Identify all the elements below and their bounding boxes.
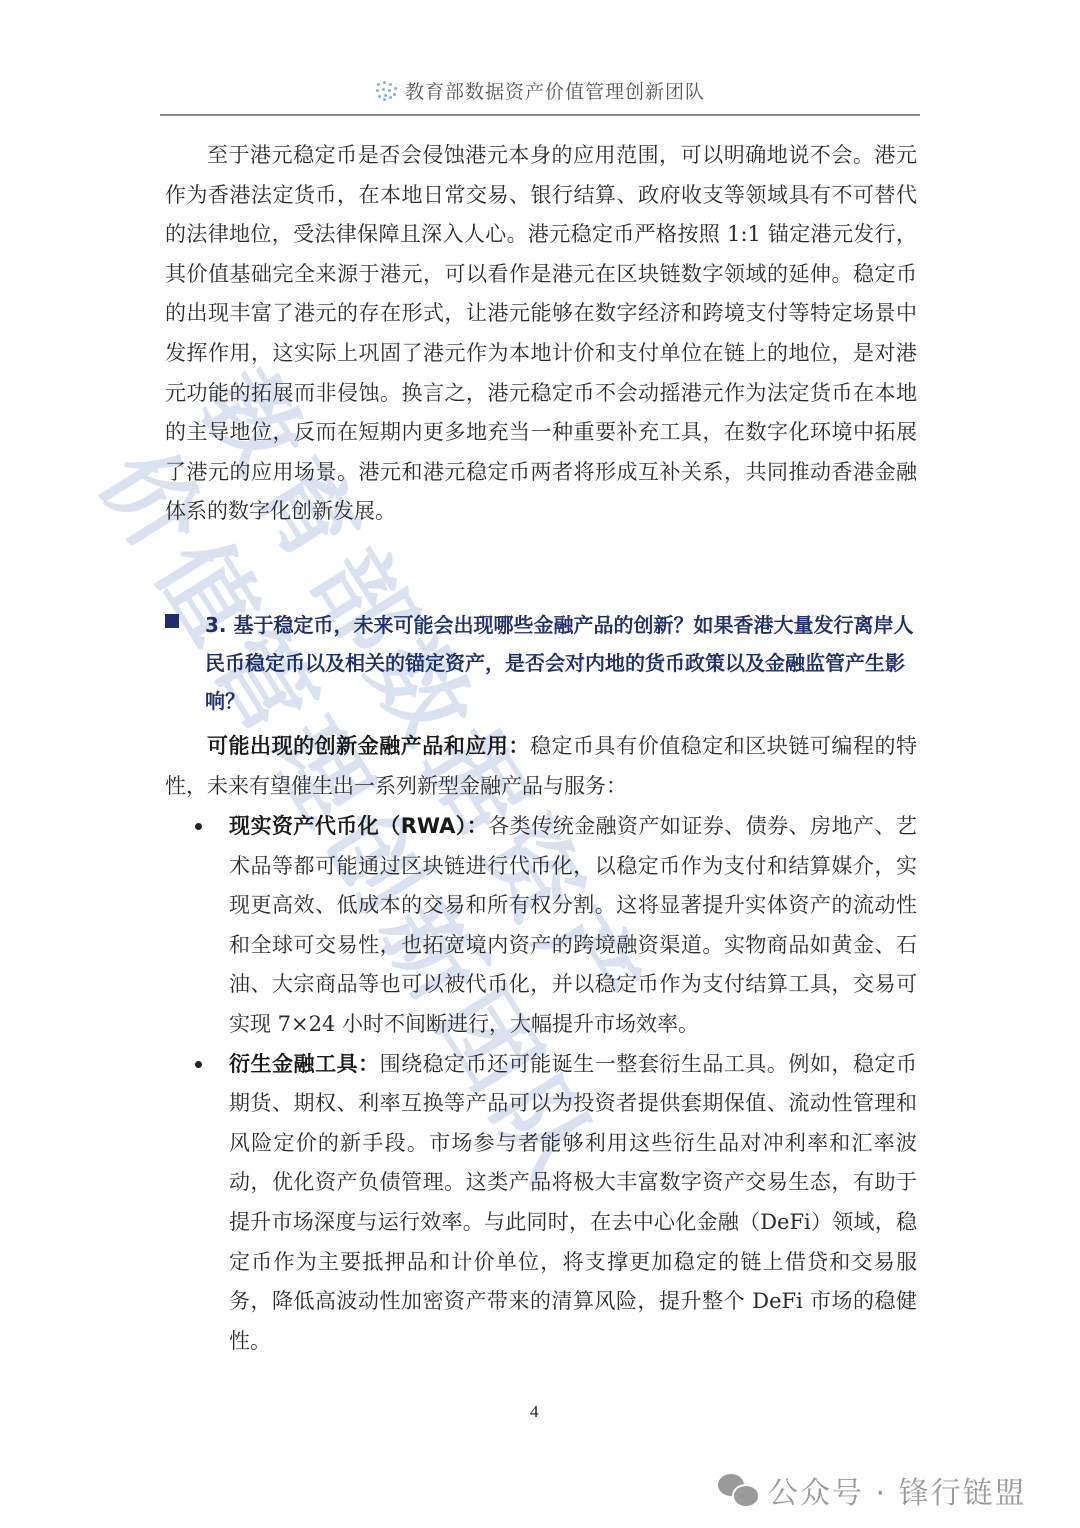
bullet-derivatives-text: 围绕稳定币还可能诞生一整套衍生品工具。例如，稳定币期货、期权、利率互换等产品可以… (229, 1052, 917, 1353)
footer-account-name: 公众号 · 锋行链盟 (768, 1468, 1027, 1512)
square-bullet-icon (165, 614, 179, 628)
paragraph-hkd-stablecoin: 至于港元稳定币是否会侵蚀港元本身的应用范围，可以明确地说不会。港元作为香港法定货… (165, 136, 917, 532)
intro-paragraph: 可能出现的创新金融产品和应用：稳定币具有价值稳定和区块链可编程的特性，未来有望催… (165, 727, 917, 806)
bullet-list: 现实资产代币化（RWA）：各类传统金融资产如证券、债券、房地产、艺术品等都可能通… (165, 807, 917, 1361)
bullet-rwa-label: 现实资产代币化（RWA）： (229, 814, 488, 838)
bullet-dot-icon (195, 823, 202, 830)
page-header: 教育部数据资产价值管理创新团队 (160, 70, 920, 110)
bullet-item-derivatives: 衍生金融工具：围绕稳定币还可能诞生一整套衍生品工具。例如，稳定币期货、期权、利率… (165, 1045, 917, 1362)
footer-brand: 公众号 · 锋行链盟 (718, 1468, 1027, 1512)
intro-bold-label: 可能出现的创新金融产品和应用： (207, 734, 530, 758)
section-heading-text: 3. 基于稳定币，未来可能会出现哪些金融产品的创新？如果香港大量发行离岸人民币稳… (205, 606, 917, 720)
header-title: 教育部数据资产价值管理创新团队 (405, 77, 705, 104)
bullet-item-rwa: 现实资产代币化（RWA）：各类传统金融资产如证券、债券、房地产、艺术品等都可能通… (165, 807, 917, 1045)
bullet-dot-icon (195, 1061, 202, 1068)
header-divider (160, 114, 920, 116)
bullet-derivatives-label: 衍生金融工具： (229, 1052, 380, 1076)
document-page: 教育部数据资产 价值管理创新团队 教育部数据资产价值管理创新团队 至于港元稳定币… (0, 0, 1080, 1528)
page-number: 4 (530, 1402, 539, 1422)
wechat-icon (718, 1474, 758, 1506)
dotted-network-logo-icon (375, 79, 397, 101)
bullet-rwa-text: 各类传统金融资产如证券、债券、房地产、艺术品等都可能通过区块链进行代币化，以稳定… (229, 814, 917, 1036)
